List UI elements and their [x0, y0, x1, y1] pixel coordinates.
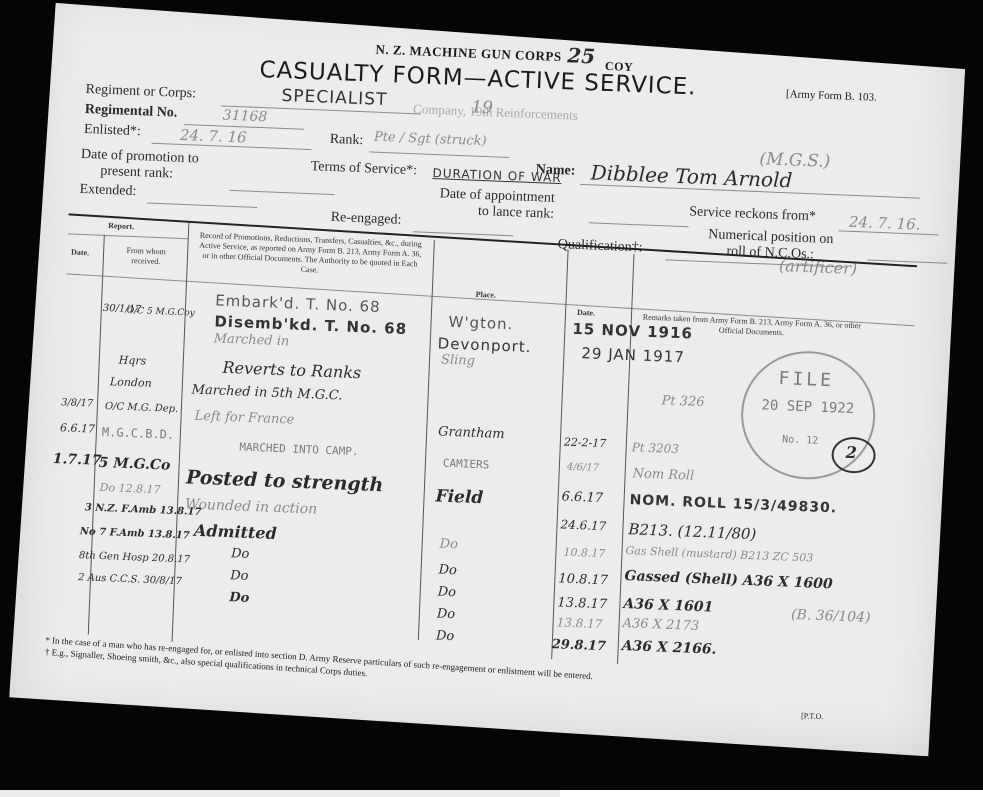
row4-from: London	[110, 375, 152, 390]
row3-record: Reverts to Ranks	[222, 358, 361, 383]
file-stamp-label: FILE	[778, 368, 834, 391]
rank-line	[369, 151, 509, 158]
regimental-no-value: 31168	[222, 108, 267, 126]
enlisted-label: Enlisted*:	[84, 122, 141, 140]
row0-place: W'gton.	[448, 313, 513, 334]
row5-from: O/C M.G. Dep.	[105, 401, 179, 415]
row1-from: O/C 5 M.G.Coy	[127, 306, 195, 319]
row4-record: Marched in 5th M.G.C.	[191, 383, 342, 404]
row9-remarks: Gas Shell (mustard) B213 ZC 503	[625, 544, 813, 565]
name-note: (M.G.S.)	[759, 149, 831, 172]
row12-from: 2 Aus C.C.S. 30/8/17	[78, 572, 182, 587]
army-form-number: [Army Form B. 103.	[786, 88, 877, 104]
row2-record: Marched in	[213, 331, 289, 349]
regimental-no-label: Regimental No.	[85, 102, 178, 122]
row6-from: M.G.C.B.D.	[102, 425, 175, 442]
row7-date: 1.7.17	[52, 451, 101, 469]
row10-date2: 10.8.17	[558, 571, 608, 588]
row6-date2: 4/6/17	[567, 462, 600, 474]
row6-record: MARCHED INTO CAMP.	[239, 440, 359, 458]
row11-from: 8th Gen Hosp 20.8.17	[79, 550, 191, 565]
row10-remarks: Gassed (Shell) A36 X 1600	[624, 568, 833, 592]
corps-heading: N. Z. MACHINE GUN CORPS	[375, 42, 562, 65]
report-header: Report.	[108, 221, 134, 232]
row11-place: Do	[437, 585, 456, 601]
reengaged-label: Re-engaged:	[330, 210, 401, 229]
row10-record: Do	[231, 546, 250, 562]
row5-record: Left for France	[194, 409, 294, 428]
row12-place: Do	[437, 607, 456, 623]
enlisted-value: 24. 7. 16	[180, 126, 247, 147]
row8-from: Do 12.8.17	[99, 481, 160, 496]
col-date-header: Date.	[71, 248, 89, 259]
row7-remarks: NOM. ROLL 15/3/49830.	[629, 492, 837, 516]
col-from-header: From whom received.	[111, 245, 182, 268]
row6-date: 6.6.17	[60, 421, 95, 435]
row5-date2: 22-2-17	[564, 435, 607, 450]
bottom-edge-shade	[0, 790, 560, 797]
row7-from: 5 M.G.Co	[98, 455, 170, 474]
promotion-line	[230, 190, 335, 195]
row11-remarks: A36 X 1601	[623, 596, 713, 616]
extended-label: Extended:	[79, 182, 136, 200]
row11-date2: 13.8.17	[557, 595, 607, 612]
row13-remarks: A36 X 2166.	[621, 638, 716, 658]
appointment-line	[589, 222, 689, 227]
row9-date2: 10.8.17	[563, 546, 605, 561]
row5-place: Grantham	[438, 424, 505, 442]
col-record-header: Record of Promotions, Reductions, Transf…	[194, 231, 425, 280]
row12-remarks: A36 X 2173	[622, 616, 699, 634]
appointment-label: Date of appointment to lance rank:	[439, 186, 555, 223]
rank-label: Rank:	[329, 132, 363, 149]
col-divider-record	[418, 240, 435, 640]
row5-date: 3/8/17	[61, 397, 94, 409]
bottom-edge	[0, 790, 983, 797]
row9-record: Admitted	[194, 521, 277, 543]
regiment-label: Regiment or Corps:	[85, 82, 196, 102]
row9-place: Do	[439, 537, 458, 553]
extended-line	[147, 203, 257, 208]
file-stamp-sub: No. 12	[782, 434, 819, 446]
file-stamp-date: 20 SEP 1922	[761, 397, 854, 417]
row8-date2: 24.6.17	[560, 517, 606, 533]
company-reinforcement-label: Company, 19th Reinforcements	[413, 101, 578, 124]
scanned-document-background: N. Z. MACHINE GUN CORPS 25 COY CASUALTY …	[0, 0, 983, 790]
row6-place: CAMIERS	[443, 457, 490, 472]
row13-date2: 29.8.17	[551, 637, 606, 654]
company-number-handwritten: 25	[567, 43, 596, 68]
company-value: 19	[471, 97, 493, 118]
row13-place: Do	[436, 629, 455, 645]
row12-record: Do	[229, 590, 250, 606]
col-date2-header: Date.	[577, 308, 595, 319]
row11-record: Do	[230, 568, 249, 584]
row3-remarks: Pt 326	[661, 393, 704, 410]
row7-place: Field	[435, 486, 483, 508]
appointment-label-line2: to lance rank:	[439, 202, 555, 223]
terms-label: Terms of Service*:	[310, 159, 417, 179]
casualty-form-paper: N. Z. MACHINE GUN CORPS 25 COY CASUALTY …	[8, 0, 967, 757]
row5-remarks: Pt 3203	[631, 440, 679, 456]
report-header-rule	[68, 233, 188, 239]
row2-place: Sling	[441, 352, 475, 368]
row8-record: Wounded in action	[185, 496, 318, 517]
row10-place: Do	[438, 563, 457, 579]
row8-remarks: B213. (12.11/80)	[628, 520, 757, 543]
promotion-label: Date of promotion to present rank:	[80, 147, 199, 184]
circled-number: 2	[845, 443, 857, 462]
row12-date2: 13.8.17	[556, 615, 602, 631]
remarks-side-note: (B. 36/104)	[791, 607, 871, 626]
pto-note: [P.T.O.	[801, 711, 824, 721]
form-content: N. Z. MACHINE GUN CORPS 25 COY CASUALTY …	[48, 22, 935, 756]
row1-date2: 29 JAN 1917	[581, 344, 685, 366]
row6-remarks: Nom Roll	[632, 466, 694, 483]
row7-record: Posted to strength	[186, 466, 384, 496]
service-reckons-value: 24. 7. 16.	[849, 213, 921, 234]
rank-value: Pte / Sgt (struck)	[374, 130, 487, 150]
row7-date2: 6.6.17	[561, 489, 603, 506]
row3-from: Hqrs	[119, 354, 147, 368]
row0-record: Embark'd. T. No. 68	[215, 291, 381, 316]
row10-from: No 7 F.Amb 13.8.17	[80, 526, 190, 541]
service-reckons-label: Service reckons from*	[689, 204, 816, 225]
regiment-value: SPECIALIST	[281, 86, 388, 110]
row0-date2: 15 NOV 1916	[572, 320, 693, 343]
